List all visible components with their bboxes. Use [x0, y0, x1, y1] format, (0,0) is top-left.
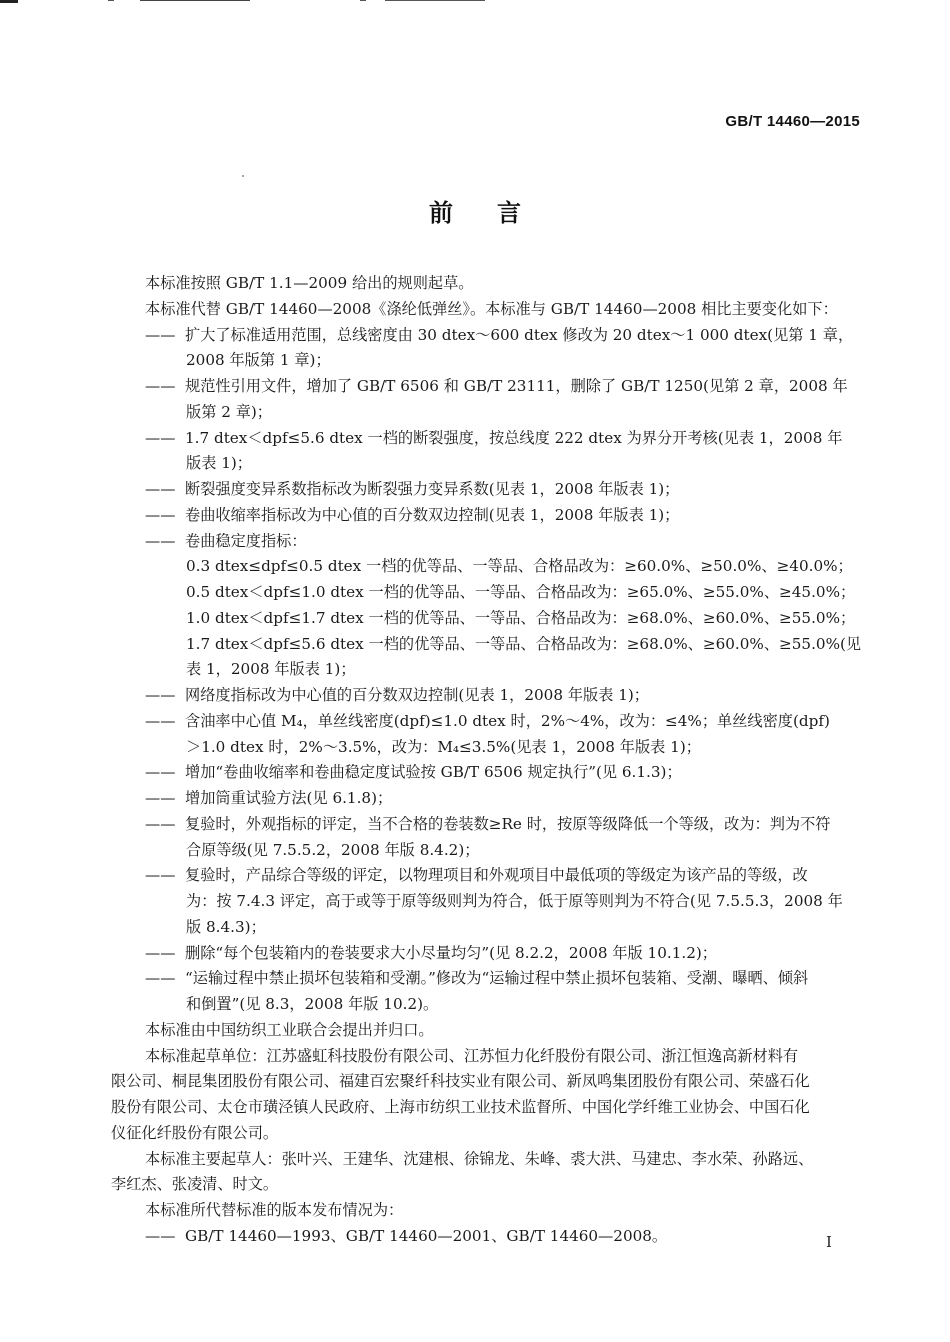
line-text: 版表 1)； [186, 454, 252, 472]
line-text: 限公司、桐昆集团股份有限公司、福建百宏聚纤科技实业有限公司、新凤鸣集团股份有限公… [111, 1072, 810, 1090]
change-list-item: ——扩大了标准适用范围，总线密度由 30 dtex～600 dtex 修改为 2… [145, 322, 853, 348]
scan-edge-artifact [0, 0, 950, 2]
em-dash-bullet: —— [145, 322, 185, 348]
wrapped-line: 李红杰、张凌清、时文。 [111, 1171, 278, 1197]
change-list-item: ——复验时，外观指标的评定，当不合格的卷装数≥Re 时，按原等级降低一个等级，改… [145, 811, 830, 837]
line-text: 增加“卷曲收缩率和卷曲稳定度试验按 GB/T 6506 规定执行”(见 6.1.… [185, 763, 682, 781]
line-text: 为：按 7.4.3 评定，高于或等于原等级则判为符合，低于原等则判为不符合(见 … [186, 892, 843, 910]
line-text: 和倒置”(见 8.3，2008 年版 10.2)。 [186, 995, 438, 1013]
line-text: 本标准起草单位：江苏盛虹科技股份有限公司、江苏恒力化纤股份有限公司、浙江恒逸高新… [145, 1047, 798, 1065]
change-list-item: ——网络度指标改为中心值的百分数双边控制(见表 1，2008 年版表 1)； [145, 682, 649, 708]
paragraph-line: 本标准所代替标准的版本发布情况为： [145, 1197, 403, 1223]
change-list-item: ——复验时，产品综合等级的评定，以物理项目和外观项目中最低项的等级定为该产品的等… [145, 862, 808, 888]
paragraph-line: 本标准起草单位：江苏盛虹科技股份有限公司、江苏恒力化纤股份有限公司、浙江恒逸高新… [145, 1043, 798, 1069]
change-list-item: ——规范性引用文件，增加了 GB/T 6506 和 GB/T 23111，删除了… [145, 373, 848, 399]
line-text: 本标准主要起草人：张叶兴、王建华、沈建根、徐锦龙、朱峰、裘大洪、马建忠、李水荣、… [145, 1150, 813, 1168]
line-text: 复验时，外观指标的评定，当不合格的卷装数≥Re 时，按原等级降低一个等级，改为：… [185, 815, 830, 833]
sub-item-line: 1.0 dtex＜dpf≤1.7 dtex 一档的优等品、一等品、合格品改为：≥… [186, 605, 855, 631]
line-text: 2008 年版第 1 章)； [186, 351, 331, 369]
wrapped-line: 股份有限公司、太仓市璜泾镇人民政府、上海市纺织工业技术监督所、中国化学纤维工业协… [111, 1094, 810, 1120]
continuation-line: 表 1，2008 年版表 1)； [186, 656, 356, 682]
line-text: 本标准按照 GB/T 1.1—2009 给出的规则起草。 [145, 274, 473, 292]
change-list-item: ——增加筒重试验方法(见 6.1.8)； [145, 785, 392, 811]
change-list-item: ——“运输过程中禁止损坏包装箱和受潮。”修改为“运输过程中禁止损坏包装箱、受潮、… [145, 965, 808, 991]
line-text: 版第 2 章)； [186, 403, 272, 421]
paragraph-line: 本标准按照 GB/T 1.1—2009 给出的规则起草。 [145, 270, 473, 296]
line-text: 合原等级(见 7.5.5.2，2008 年版 8.4.2)； [186, 841, 479, 859]
line-text: 卷曲稳定度指标： [185, 532, 307, 550]
em-dash-bullet: —— [145, 862, 185, 888]
line-text: 0.3 dtex≤dpf≤0.5 dtex 一档的优等品、一等品、合格品改为：≥… [186, 557, 853, 575]
change-list-item: ——卷曲稳定度指标： [145, 528, 307, 554]
standard-number: GB/T 14460—2015 [725, 113, 860, 130]
em-dash-bullet: —— [145, 965, 185, 991]
line-text: GB/T 14460—1993、GB/T 14460—2001、GB/T 144… [185, 1227, 667, 1245]
sub-item-line: 0.3 dtex≤dpf≤0.5 dtex 一档的优等品、一等品、合格品改为：≥… [186, 553, 853, 579]
line-text: 本标准代替 GB/T 14460—2008《涤纶低弹丝》。本标准与 GB/T 1… [145, 300, 838, 318]
em-dash-bullet: —— [145, 682, 185, 708]
page-title: 前言 [0, 193, 950, 228]
line-text: 本标准由中国纺织工业联合会提出并归口。 [145, 1021, 434, 1039]
continuation-line: 为：按 7.4.3 评定，高于或等于原等级则判为符合，低于原等则判为不符合(见 … [186, 888, 843, 914]
line-text: ＞1.0 dtex 时，2%～3.5%，改为：M₄≤3.5%(见表 1，2008… [186, 738, 701, 756]
continuation-line: ＞1.0 dtex 时，2%～3.5%，改为：M₄≤3.5%(见表 1，2008… [186, 734, 701, 760]
em-dash-bullet: —— [145, 940, 185, 966]
em-dash-bullet: —— [145, 759, 185, 785]
change-list-item: ——断裂强度变异系数指标改为断裂强力变异系数(见表 1，2008 年版表 1)； [145, 476, 679, 502]
line-text: 断裂强度变异系数指标改为断裂强力变异系数(见表 1，2008 年版表 1)； [185, 480, 679, 498]
line-text: “运输过程中禁止损坏包装箱和受潮。”修改为“运输过程中禁止损坏包装箱、受潮、曝晒… [185, 969, 808, 987]
line-text: 规范性引用文件，增加了 GB/T 6506 和 GB/T 23111，删除了 G… [185, 377, 848, 395]
line-text: 含油率中心值 M₄，单丝线密度(dpf)≤1.0 dtex 时，2%～4%，改为… [185, 712, 830, 730]
continuation-line: 和倒置”(见 8.3，2008 年版 10.2)。 [186, 991, 438, 1017]
em-dash-bullet: —— [145, 528, 185, 554]
em-dash-bullet: —— [145, 373, 185, 399]
line-text: 本标准所代替标准的版本发布情况为： [145, 1201, 403, 1219]
em-dash-bullet: —— [145, 425, 185, 451]
change-list-item: ——增加“卷曲收缩率和卷曲稳定度试验按 GB/T 6506 规定执行”(见 6.… [145, 759, 682, 785]
line-text: 0.5 dtex＜dpf≤1.0 dtex 一档的优等品、一等品、合格品改为：≥… [186, 583, 855, 601]
line-text: 复验时，产品综合等级的评定，以物理项目和外观项目中最低项的等级定为该产品的等级，… [185, 866, 808, 884]
change-list-item: ——1.7 dtex＜dpf≤5.6 dtex 一档的断裂强度，按总线度 222… [145, 425, 842, 451]
line-text: 增加筒重试验方法(见 6.1.8)； [185, 789, 392, 807]
continuation-line: 版第 2 章)； [186, 399, 272, 425]
line-text: 网络度指标改为中心值的百分数双边控制(见表 1，2008 年版表 1)； [185, 686, 649, 704]
paragraph-line: 本标准主要起草人：张叶兴、王建华、沈建根、徐锦龙、朱峰、裘大洪、马建忠、李水荣、… [145, 1146, 813, 1172]
line-text: 李红杰、张凌清、时文。 [111, 1175, 278, 1193]
page-number: I [826, 1233, 832, 1251]
continuation-line: 2008 年版第 1 章)； [186, 347, 331, 373]
change-list-item: ——含油率中心值 M₄，单丝线密度(dpf)≤1.0 dtex 时，2%～4%，… [145, 708, 830, 734]
em-dash-bullet: —— [145, 785, 185, 811]
line-text: 股份有限公司、太仓市璜泾镇人民政府、上海市纺织工业技术监督所、中国化学纤维工业协… [111, 1098, 810, 1116]
line-text: 扩大了标准适用范围，总线密度由 30 dtex～600 dtex 修改为 20 … [185, 326, 853, 344]
line-text: 1.7 dtex＜dpf≤5.6 dtex 一档的断裂强度，按总线度 222 d… [185, 429, 842, 447]
em-dash-bullet: —— [145, 476, 185, 502]
paragraph-line: 本标准代替 GB/T 14460—2008《涤纶低弹丝》。本标准与 GB/T 1… [145, 296, 838, 322]
change-list-item: ——GB/T 14460—1993、GB/T 14460—2001、GB/T 1… [145, 1223, 667, 1249]
em-dash-bullet: —— [145, 1223, 185, 1249]
line-text: 卷曲收缩率指标改为中心值的百分数双边控制(见表 1，2008 年版表 1)； [185, 506, 679, 524]
continuation-line: 合原等级(见 7.5.5.2，2008 年版 8.4.2)； [186, 837, 479, 863]
line-text: 删除“每个包装箱内的卷装要求大小尽量均匀”(见 8.2.2，2008 年版 10… [185, 944, 717, 962]
line-text: 版 8.4.3)； [186, 918, 266, 936]
line-text: 表 1，2008 年版表 1)； [186, 660, 356, 678]
wrapped-line: 限公司、桐昆集团股份有限公司、福建百宏聚纤科技实业有限公司、新凤鸣集团股份有限公… [111, 1068, 810, 1094]
change-list-item: ——卷曲收缩率指标改为中心值的百分数双边控制(见表 1，2008 年版表 1)； [145, 502, 679, 528]
line-text: 仪征化纤股份有限公司。 [111, 1124, 278, 1142]
title-char-1: 前 [429, 193, 453, 228]
line-text: 1.7 dtex＜dpf≤5.6 dtex 一档的优等品、一等品、合格品改为：≥… [186, 635, 861, 653]
change-list-item: ——删除“每个包装箱内的卷装要求大小尽量均匀”(见 8.2.2，2008 年版 … [145, 940, 717, 966]
wrapped-line: 仪征化纤股份有限公司。 [111, 1120, 278, 1146]
title-char-2: 言 [497, 199, 521, 227]
em-dash-bullet: —— [145, 708, 185, 734]
sub-item-line: 0.5 dtex＜dpf≤1.0 dtex 一档的优等品、一等品、合格品改为：≥… [186, 579, 855, 605]
em-dash-bullet: —— [145, 811, 185, 837]
em-dash-bullet: —— [145, 502, 185, 528]
sub-item-line: 1.7 dtex＜dpf≤5.6 dtex 一档的优等品、一等品、合格品改为：≥… [186, 631, 861, 657]
continuation-line: 版表 1)； [186, 450, 252, 476]
line-text: 1.0 dtex＜dpf≤1.7 dtex 一档的优等品、一等品、合格品改为：≥… [186, 609, 855, 627]
paragraph-line: 本标准由中国纺织工业联合会提出并归口。 [145, 1017, 434, 1043]
continuation-line: 版 8.4.3)； [186, 914, 266, 940]
scan-speck [242, 175, 244, 177]
